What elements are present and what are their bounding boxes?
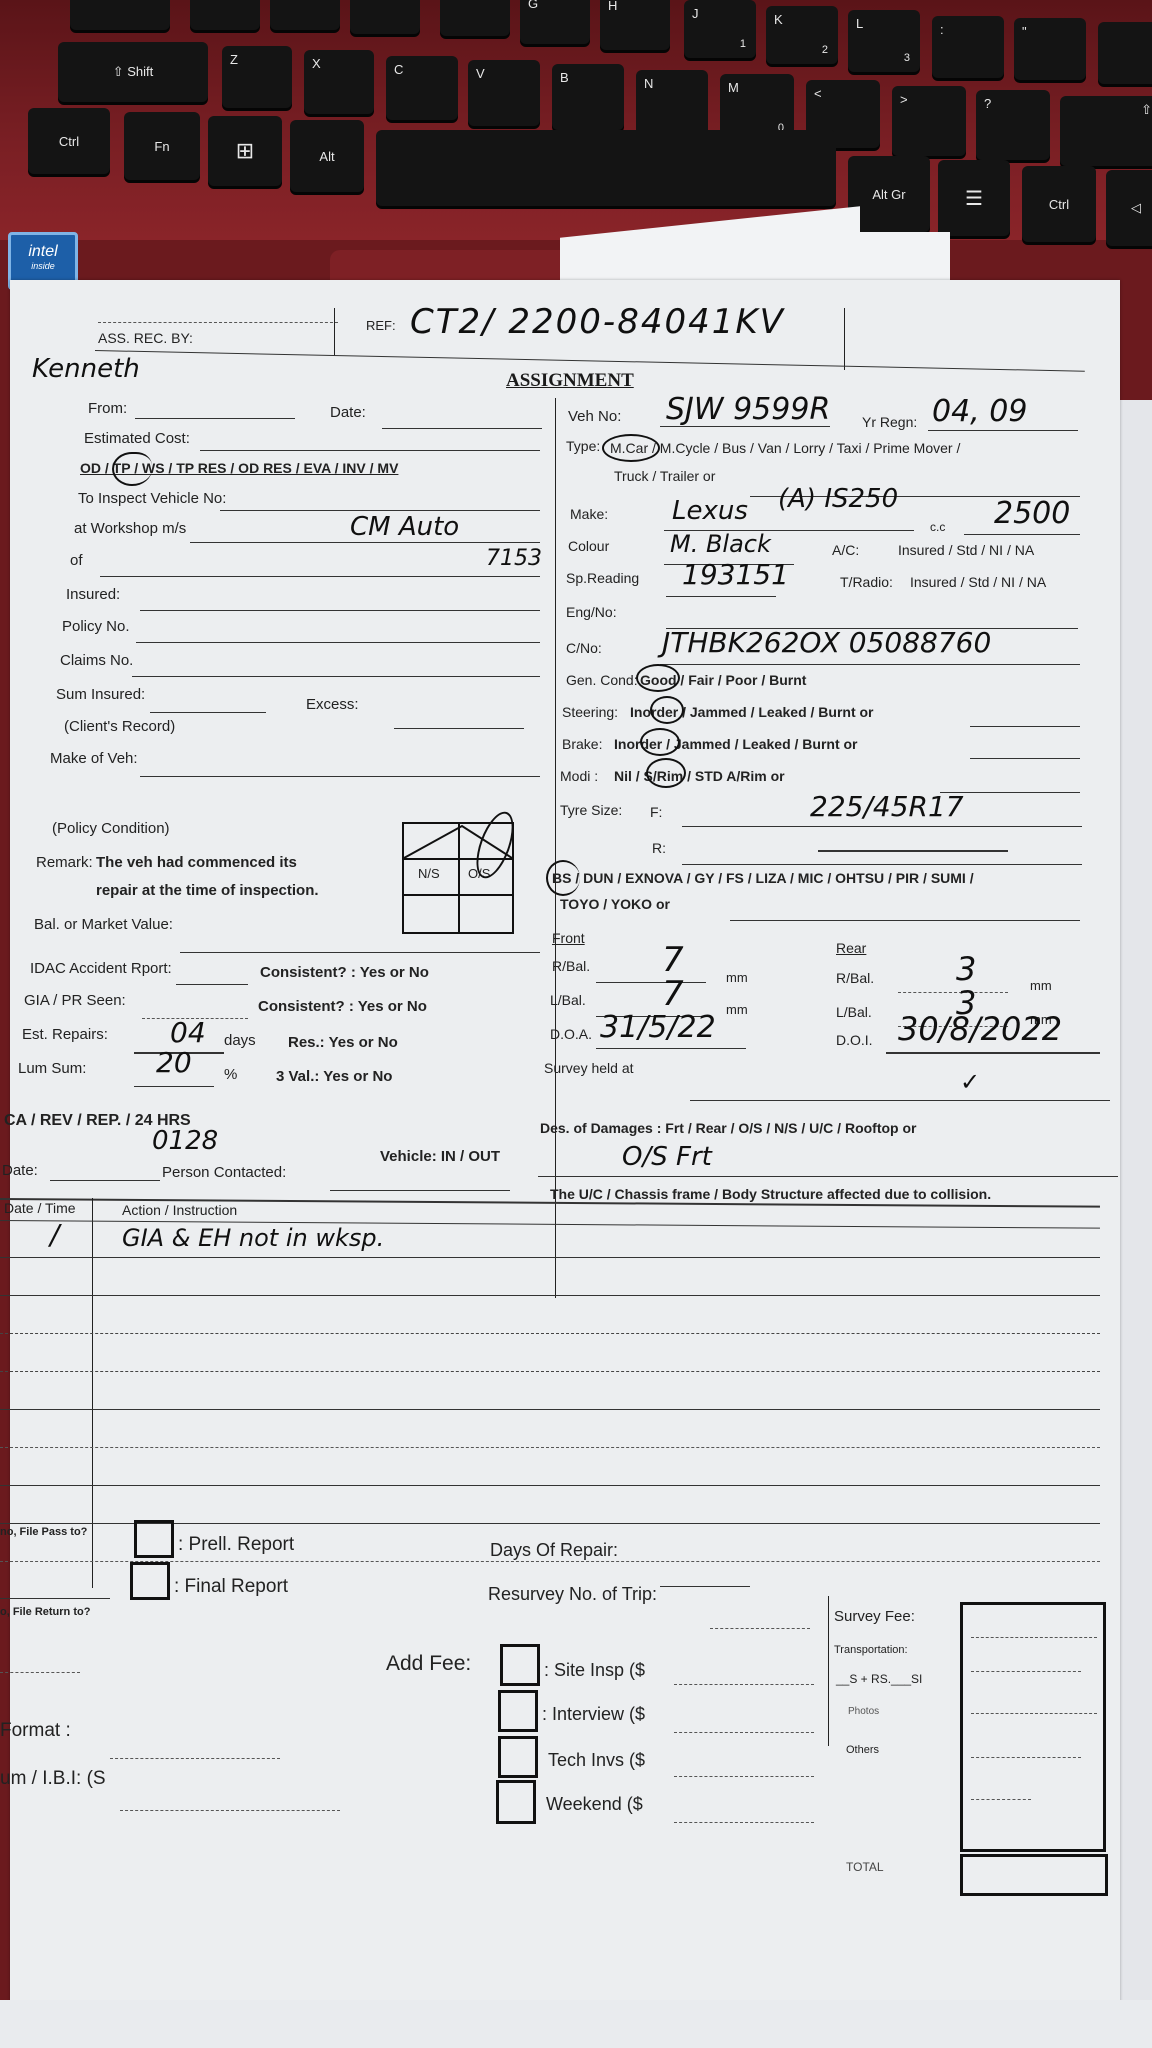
header-rule [95, 350, 1085, 372]
lum-sum-field[interactable] [134, 1086, 214, 1087]
tyre-brand-other-field[interactable] [730, 920, 1080, 921]
ass-rec-by-value: Kenneth [32, 354, 140, 384]
interview-fee-field[interactable] [674, 1732, 814, 1733]
key [350, 0, 420, 34]
ac-label: A/C: [832, 542, 859, 558]
gia-consistent-options[interactable]: Consistent? : Yes or No [258, 998, 427, 1015]
tradio-options[interactable]: Insured / Std / NI / NA [910, 574, 1046, 590]
divider [334, 308, 335, 356]
remark-label: Remark: [36, 854, 93, 871]
key-colon: : [932, 16, 1004, 78]
front-lbal-label: L/Bal. [550, 992, 586, 1008]
ass-rec-by-label: ASS. REC. BY: [98, 330, 193, 346]
tyre-front-label: F: [650, 804, 662, 820]
percent-label: % [224, 1066, 237, 1083]
three-val-options[interactable]: 3 Val.: Yes or No [276, 1068, 392, 1085]
brake-selected-mark [640, 728, 680, 756]
key-b: B [552, 64, 624, 130]
front-heading: Front [552, 930, 585, 946]
center-divider [555, 398, 556, 1298]
yr-regn-field[interactable] [928, 430, 1078, 431]
remark-text-line-1: The veh had commenced its [96, 854, 297, 871]
lum-sum-value: 20 [156, 1046, 192, 1079]
key-n: N [636, 70, 708, 136]
days-label: days [224, 1032, 256, 1049]
key [270, 0, 340, 30]
key-alt: Alt [290, 120, 364, 192]
tyre-rear-field[interactable] [682, 864, 1082, 865]
log-row[interactable] [0, 1486, 1100, 1524]
key-x: X [304, 50, 374, 114]
tyre-size-label: Tyre Size: [560, 802, 622, 818]
ref-label: REF: [366, 318, 396, 333]
survey-fee-amount-field[interactable] [971, 1637, 1097, 1638]
survey-held-field[interactable] [690, 1100, 1110, 1101]
key-k: K2 [766, 6, 838, 64]
steering-selected-mark [650, 696, 684, 724]
sum-insured-field[interactable] [150, 712, 266, 713]
rear-rbal-label: R/Bal. [836, 970, 874, 986]
final-report-label: : Final Report [174, 1576, 288, 1598]
log-col-date-header: Date / Time [4, 1200, 76, 1216]
front-lbal-value: 7 [662, 974, 684, 1014]
vehicle-type-options-2[interactable]: Truck / Trailer or [614, 468, 715, 484]
tyre-brand-options-2[interactable]: TOYO / YOKO or [560, 896, 670, 912]
gen-cond-label: Gen. Cond: [566, 672, 638, 688]
chassis-affected-text: The U/C / Chassis frame / Body Structure… [550, 1186, 991, 1202]
days-of-repair-label: Days Of Repair: [490, 1540, 618, 1561]
total-label: TOTAL [846, 1860, 884, 1874]
sp-reading-label: Sp.Reading [566, 570, 639, 586]
client-record-label: (Client's Record) [64, 718, 175, 735]
assignment-form: ASS. REC. BY: REF: CT2/ 2200-84041KV Ken… [10, 280, 1120, 2010]
rear-rbal-unit: mm [1030, 978, 1052, 993]
rear-rbal-value: 3 [956, 950, 976, 988]
veh-no-label: Veh No: [568, 408, 621, 425]
weekend-checkbox[interactable] [496, 1780, 536, 1824]
est-repairs-label: Est. Repairs: [22, 1026, 108, 1043]
market-value-label: Bal. or Market Value: [34, 916, 173, 933]
c-no-label: C/No: [566, 640, 602, 656]
fee-breakdown-box [960, 1602, 1106, 1852]
file-pass-label: no, File Pass to? [0, 1526, 87, 1538]
divider [98, 322, 338, 323]
key-v: V [468, 60, 540, 126]
make-value: Lexus [672, 496, 748, 526]
insured-field[interactable] [140, 610, 540, 611]
make-label: Make: [570, 506, 608, 522]
rear-heading: Rear [836, 940, 866, 956]
steering-label: Steering: [562, 704, 618, 720]
total-amount-box[interactable] [960, 1854, 1108, 1896]
inspect-vehicle-label: To Inspect Vehicle No: [78, 490, 226, 507]
of-value: 7153 [486, 546, 542, 571]
final-report-checkbox[interactable] [130, 1562, 170, 1600]
days-of-repair-field[interactable] [660, 1586, 750, 1587]
inspect-vehicle-field[interactable] [220, 510, 540, 511]
rear-rbal-field[interactable] [898, 992, 1008, 993]
ibi-label: um / I.B.I: (S [0, 1768, 106, 1790]
claims-no-label: Claims No. [60, 652, 133, 669]
log-row[interactable] [0, 1334, 1100, 1372]
idac-consistent-options[interactable]: Consistent? : Yes or No [260, 964, 429, 981]
front-rbal-unit: mm [726, 970, 748, 985]
ibi-field[interactable] [120, 1810, 340, 1811]
vehicle-type-selected-mark [602, 434, 660, 462]
make-of-veh-field[interactable] [140, 776, 540, 777]
transportation-label: Transportation: [834, 1644, 908, 1656]
windows-key-icon: ⊞ [208, 116, 282, 186]
of-field[interactable] [100, 576, 540, 577]
key-l: L3 [848, 10, 920, 72]
est-repairs-value: 04 [170, 1016, 206, 1049]
s-rs-amount-field[interactable] [971, 1713, 1097, 1714]
transportation-amount-field[interactable] [971, 1671, 1081, 1672]
log-row[interactable] [0, 1410, 1100, 1448]
c-no-field[interactable] [660, 664, 1080, 665]
fee-column-divider [828, 1596, 829, 1746]
log-row[interactable] [0, 1372, 1100, 1410]
tyre-rear-label: R: [652, 840, 666, 856]
key-caps [70, 0, 170, 30]
yr-regn-label: Yr Regn: [862, 414, 917, 430]
others-amount-field[interactable] [971, 1799, 1031, 1800]
time-value: 0128 [152, 1126, 218, 1156]
of-label: of [70, 552, 83, 569]
doi-label: D.O.I. [836, 1032, 873, 1048]
tyre-brand-options[interactable]: BS / DUN / EXNOVA / GY / FS / LIZA / MIC… [552, 870, 974, 886]
colour-label: Colour [568, 538, 609, 554]
add-fee-label: Add Fee: [386, 1652, 471, 1676]
key-quote: " [1014, 18, 1086, 80]
key [1098, 22, 1152, 84]
tyre-front-value: 225/45R17 [810, 790, 964, 823]
interview-checkbox[interactable] [498, 1690, 538, 1732]
key-space [376, 130, 836, 206]
format-field[interactable] [110, 1758, 280, 1759]
cc-value: 2500 [994, 496, 1070, 531]
make-of-veh-label: Make of Veh: [50, 750, 138, 767]
lum-sum-label: Lum Sum: [18, 1060, 86, 1077]
key-g: G [520, 0, 590, 44]
log-col-action-header: Action / Instruction [122, 1202, 237, 1218]
key-z: Z [222, 46, 292, 108]
near-side-label: N/S [418, 866, 440, 881]
tyre-front-field[interactable] [682, 826, 1082, 827]
workshop-field[interactable] [190, 542, 540, 543]
tradio-label: T/Radio: [840, 574, 893, 590]
lower-paper-edge [0, 2000, 1152, 2048]
market-value-field[interactable] [180, 952, 540, 953]
eng-no-label: Eng/No: [566, 604, 617, 620]
estimated-cost-field[interactable] [200, 450, 540, 451]
site-insp-fee-field[interactable] [674, 1684, 814, 1685]
key-shift: ⇧ Shift [58, 42, 208, 102]
res-options[interactable]: Res.: Yes or No [288, 1034, 398, 1051]
tech-invs-fee-label: Tech Invs ($ [548, 1750, 645, 1771]
estimated-cost-label: Estimated Cost: [84, 430, 190, 447]
date-field[interactable] [382, 428, 542, 429]
key-c: C [386, 56, 458, 120]
date-field-2[interactable] [50, 1180, 160, 1181]
colour-value: M. Black [670, 530, 771, 558]
idac-report-label: IDAC Accident Rport: [30, 960, 172, 977]
form-title: ASSIGNMENT [506, 370, 634, 392]
doi-value: 30/8/2022 [898, 1010, 1062, 1048]
file-return-label: o, File Return to? [0, 1606, 90, 1618]
s-rs-label: __S + RS.___SI [836, 1672, 922, 1686]
log-row-action: GIA & EH not in wksp. [122, 1224, 384, 1252]
date-label: Date: [330, 404, 366, 421]
survey-held-label: Survey held at [544, 1060, 634, 1076]
idac-report-field[interactable] [176, 984, 248, 985]
key-shift-right: ⇧ [1060, 96, 1152, 166]
brake-label: Brake: [562, 736, 602, 752]
policy-no-label: Policy No. [62, 618, 130, 635]
from-field[interactable] [135, 418, 295, 419]
veh-no-field[interactable] [660, 426, 830, 427]
damages-options[interactable]: Des. of Damages : Frt / Rear / O/S / N/S… [540, 1120, 917, 1136]
key-question: ? [976, 90, 1050, 160]
resurvey-trip-label: Resurvey No. of Trip: [488, 1584, 657, 1605]
ref-value: CT2/ 2200-84041KV [410, 302, 785, 342]
damages-value: O/S Frt [622, 1142, 712, 1172]
claim-type-selected-mark [112, 452, 152, 486]
steering-other-field[interactable] [970, 726, 1080, 727]
doa-value: 31/5/22 [600, 1010, 716, 1045]
prell-report-label: : Prell. Report [178, 1534, 294, 1556]
key-gt: > [892, 86, 966, 156]
log-row[interactable] [0, 1296, 1100, 1334]
arrow-left-key-icon: ◁ [1106, 170, 1152, 246]
workshop-value: CM Auto [350, 512, 459, 542]
prell-report-checkbox[interactable] [134, 1520, 174, 1558]
rear-lbal-label: L/Bal. [836, 1004, 872, 1020]
modi-options[interactable]: Nil / S/Rim / STD A/Rim or [614, 768, 785, 784]
checkmark-icon: ✓ [960, 1068, 980, 1096]
file-pass-field[interactable] [0, 1598, 110, 1599]
cc-label: c.c [930, 520, 945, 534]
model-value: (A) IS250 [778, 484, 898, 514]
excess-field[interactable] [394, 728, 524, 729]
key [190, 0, 260, 30]
key-ctrl-right: Ctrl [1022, 166, 1096, 242]
key-ctrl: Ctrl [28, 108, 110, 174]
photos-label: Photos [848, 1706, 879, 1717]
yr-regn-value: 04, 09 [932, 394, 1027, 429]
weekend-fee-label: Weekend ($ [546, 1794, 643, 1815]
log-row[interactable] [0, 1258, 1100, 1296]
sp-reading-value: 193151 [682, 558, 789, 591]
log-row[interactable]: / GIA & EH not in wksp. [0, 1220, 1100, 1258]
insured-label: Insured: [66, 586, 120, 603]
ac-options[interactable]: Insured / Std / NI / NA [898, 542, 1034, 558]
modi-selected-mark [646, 758, 686, 788]
file-return-field[interactable] [0, 1672, 80, 1673]
others-label: Others [846, 1744, 879, 1756]
modi-label: Modi : [560, 768, 598, 784]
interview-fee-label: : Interview ($ [542, 1704, 645, 1725]
key-altgr: Alt Gr [848, 156, 930, 232]
tech-invs-checkbox[interactable] [498, 1736, 538, 1778]
doa-label: D.O.A. [550, 1026, 592, 1042]
photos-amount-field[interactable] [971, 1757, 1081, 1758]
front-lbal-unit: mm [726, 1002, 748, 1017]
front-rbal-field[interactable] [596, 982, 706, 983]
log-row[interactable] [0, 1448, 1100, 1486]
menu-key-icon: ☰ [938, 160, 1010, 236]
laptop-keyboard: G H J1 K2 L3 : " ⇧ Shift Z X C V B N M0 … [0, 0, 1152, 240]
policy-condition-label: (Policy Condition) [52, 820, 170, 837]
c-no-value: JTHBK262OX 05088760 [662, 626, 991, 659]
gen-cond-selected-mark [636, 664, 680, 692]
veh-no-value: SJW 9599R [666, 392, 830, 427]
vehicle-in-out-options[interactable]: Vehicle: IN / OUT [380, 1148, 500, 1165]
brake-other-field[interactable] [970, 758, 1080, 759]
key-fn: Fn [124, 112, 200, 180]
doa-field[interactable] [596, 1048, 746, 1049]
key-h: H [600, 0, 670, 50]
type-label: Type: [566, 438, 600, 454]
tyre-brand-selected-mark [546, 860, 580, 896]
damages-field[interactable] [538, 1176, 1118, 1177]
tech-invs-fee-field[interactable] [674, 1776, 814, 1777]
survey-fee-label: Survey Fee: [834, 1608, 915, 1625]
claims-no-field[interactable] [132, 676, 540, 677]
vehicle-type-options[interactable]: M.Car / M.Cycle / Bus / Van / Lorry / Ta… [610, 440, 960, 456]
person-contacted-label: Person Contacted: [162, 1164, 286, 1181]
doi-field[interactable] [886, 1052, 1100, 1054]
workshop-label: at Workshop m/s [74, 520, 186, 537]
person-contacted-field[interactable] [330, 1190, 510, 1191]
weekend-fee-field[interactable] [674, 1822, 814, 1823]
gia-pr-seen-label: GIA / PR Seen: [24, 992, 126, 1009]
site-insp-checkbox[interactable] [500, 1644, 540, 1686]
log-row-date: / [50, 1218, 59, 1251]
resurvey-trip-field[interactable] [710, 1628, 810, 1629]
cc-field[interactable] [964, 534, 1080, 535]
front-rbal-label: R/Bal. [552, 958, 590, 974]
sum-insured-label: Sum Insured: [56, 686, 145, 703]
date-label-2: Date: [2, 1162, 38, 1179]
key [440, 0, 510, 36]
sp-reading-field[interactable] [666, 596, 776, 597]
divider [844, 308, 845, 370]
format-label: Format : [0, 1720, 71, 1742]
remark-text-line-2: repair at the time of inspection. [96, 882, 319, 899]
from-label: From: [88, 400, 127, 417]
key-j: J1 [684, 0, 756, 58]
site-insp-fee-label: : Site Insp ($ [544, 1660, 645, 1681]
excess-label: Excess: [306, 696, 359, 713]
tyre-rear-strike [818, 850, 1008, 852]
policy-no-field[interactable] [136, 642, 540, 643]
